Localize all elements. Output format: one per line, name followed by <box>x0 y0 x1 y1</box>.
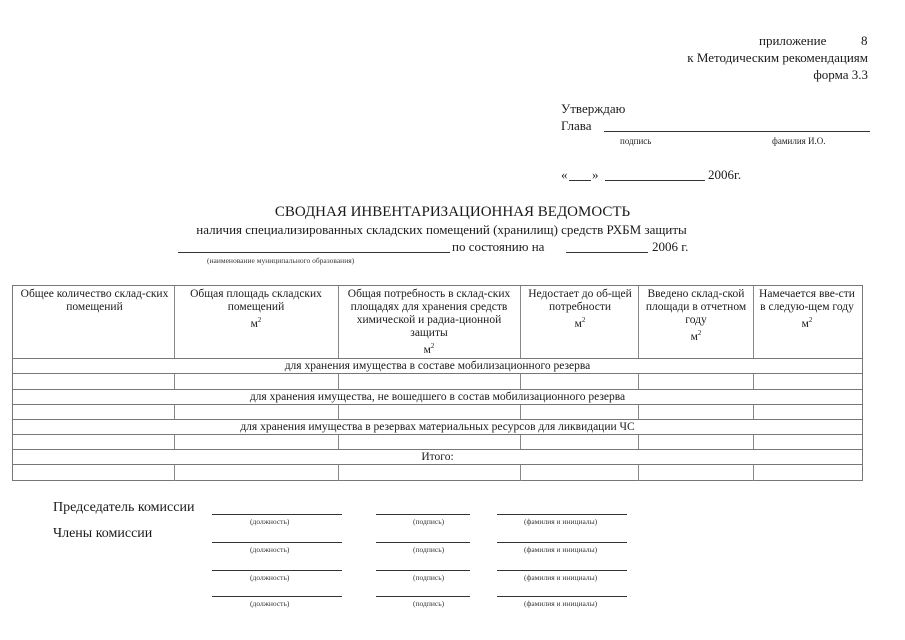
member3-position-line[interactable] <box>212 596 342 597</box>
column-label: Общее количество склад-ских помещений <box>21 288 169 313</box>
signature-caption: (подпись) <box>413 599 444 608</box>
cell-divider <box>174 465 175 481</box>
cell-divider <box>638 374 639 389</box>
position-caption: (должность) <box>250 517 289 526</box>
as-of-year: 2006 г. <box>652 239 688 255</box>
column-divider <box>174 286 175 359</box>
member1-position-line[interactable] <box>212 542 342 543</box>
inventory-table: Общее количество склад-ских помещений Об… <box>12 285 863 481</box>
cell-divider <box>338 405 339 419</box>
member1-name-line[interactable] <box>497 542 627 543</box>
member3-name-line[interactable] <box>497 596 627 597</box>
column-header-planned: Намечается вве-сти в следую-щем году м2 <box>757 288 857 331</box>
cell-divider <box>520 465 521 481</box>
column-header-total-area: Общая площадь складских помещений м2 <box>177 288 335 331</box>
cell-divider <box>174 435 175 449</box>
date-open-quote: « <box>561 167 568 183</box>
cell-divider <box>174 374 175 389</box>
column-unit: м <box>424 344 431 356</box>
signature-caption: (подпись) <box>413 573 444 582</box>
signature-caption: подпись <box>620 136 651 146</box>
column-header-shortage: Недостает до об-щей потребности м2 <box>525 288 635 331</box>
cell-divider <box>753 465 754 481</box>
member1-signature-line[interactable] <box>376 542 470 543</box>
signature-caption: (подпись) <box>413 545 444 554</box>
cell-divider <box>338 435 339 449</box>
document-title: СВОДНАЯ ИНВЕНТАРИЗАЦИОННАЯ ВЕДОМОСТЬ <box>0 204 905 221</box>
head-signature-line[interactable] <box>604 131 870 132</box>
signature-caption: (подпись) <box>413 517 444 526</box>
column-divider <box>638 286 639 359</box>
section-mobilization-reserve: для хранения имущества в составе мобилиз… <box>13 359 862 374</box>
member3-signature-line[interactable] <box>376 596 470 597</box>
column-unit-sup: 2 <box>809 316 813 324</box>
column-unit: м <box>575 318 582 330</box>
name-caption: (фамилия и инициалы) <box>524 517 597 526</box>
municipality-line[interactable] <box>178 252 450 253</box>
municipality-caption: (наименование муниципального образования… <box>207 256 354 265</box>
chairman-signature-line[interactable] <box>376 514 470 515</box>
column-label: Недостает до об-щей потребности <box>528 288 632 313</box>
date-month-line[interactable] <box>605 180 705 181</box>
cell-divider <box>520 435 521 449</box>
column-divider <box>753 286 754 359</box>
cell-divider <box>338 465 339 481</box>
column-unit-sup: 2 <box>698 329 702 337</box>
name-caption: (фамилия и инициалы) <box>524 599 597 608</box>
name-caption: (фамилия и инициалы) <box>524 545 597 554</box>
document-subtitle: наличия специализированных складских пом… <box>0 222 883 238</box>
column-unit: м <box>251 318 258 330</box>
cell-divider <box>638 465 639 481</box>
cell-divider <box>753 405 754 419</box>
chairman-name-line[interactable] <box>497 514 627 515</box>
member2-name-line[interactable] <box>497 570 627 571</box>
column-divider <box>338 286 339 359</box>
cell-divider <box>753 374 754 389</box>
column-label: Общая потребность в склад-ских площадях … <box>348 288 510 339</box>
cell-divider <box>753 435 754 449</box>
column-label: Намечается вве-сти в следую-щем году <box>759 288 855 313</box>
position-caption: (должность) <box>250 573 289 582</box>
chairman-position-line[interactable] <box>212 514 342 515</box>
column-label: Общая площадь складских помещений <box>190 288 322 313</box>
column-label: Введено склад-ской площади в отчетном го… <box>646 288 746 326</box>
appendix-number: 8 <box>861 33 868 49</box>
cell-divider <box>338 374 339 389</box>
approve-label: Утверждаю <box>561 101 625 117</box>
column-unit-sup: 2 <box>582 316 586 324</box>
cell-divider <box>638 405 639 419</box>
column-header-total-rooms: Общее количество склад-ских помещений <box>17 288 172 314</box>
members-label: Члены комиссии <box>53 526 152 542</box>
approval-year: 2006г. <box>708 167 741 183</box>
appendix-label: приложение <box>759 33 826 49</box>
as-of-label: по состоянию на <box>452 239 544 255</box>
column-unit-sup: 2 <box>431 342 435 350</box>
member2-position-line[interactable] <box>212 570 342 571</box>
form-number: форма 3.3 <box>813 67 868 83</box>
column-header-introduced: Введено склад-ской площади в отчетном го… <box>643 288 749 344</box>
cell-divider <box>174 405 175 419</box>
chairman-label: Председатель комиссии <box>53 500 194 516</box>
column-header-total-need: Общая потребность в склад-ских площадях … <box>343 288 515 357</box>
section-total: Итого: <box>13 450 862 465</box>
column-unit-sup: 2 <box>258 316 262 324</box>
member2-signature-line[interactable] <box>376 570 470 571</box>
column-divider <box>520 286 521 359</box>
position-caption: (должность) <box>250 599 289 608</box>
name-caption: фамилия И.О. <box>772 136 826 146</box>
section-not-in-mobilization-reserve: для хранения имущества, не вошедшего в с… <box>13 390 862 405</box>
column-unit: м <box>802 318 809 330</box>
date-close-quote: » <box>592 167 599 183</box>
section-emergency-reserves: для хранения имущества в резервах матери… <box>13 420 862 435</box>
as-of-date-line[interactable] <box>566 252 648 253</box>
date-day-line[interactable] <box>569 180 591 181</box>
head-label: Глава <box>561 118 592 134</box>
name-caption: (фамилия и инициалы) <box>524 573 597 582</box>
cell-divider <box>520 405 521 419</box>
column-unit: м <box>691 331 698 343</box>
position-caption: (должность) <box>250 545 289 554</box>
cell-divider <box>638 435 639 449</box>
cell-divider <box>520 374 521 389</box>
recommendations-ref: к Методическим рекомендациям <box>687 50 868 66</box>
